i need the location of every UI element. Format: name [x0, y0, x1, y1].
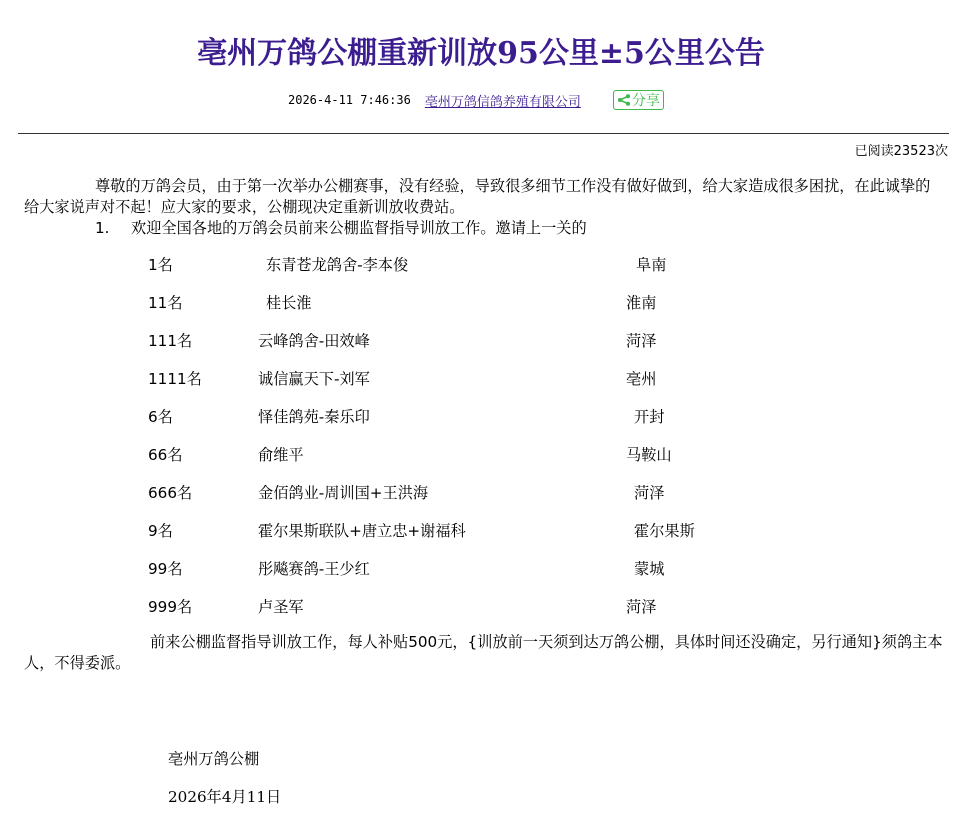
place: 阜南	[636, 254, 666, 275]
loft-name: 东青苍龙鸽舍-李本俊	[266, 254, 408, 275]
loft-name: 俞维平	[258, 444, 304, 465]
publish-date: 2026-4-11 7:46:36	[288, 93, 411, 107]
place: 霍尔果斯	[634, 520, 695, 541]
loft-name: 彤飚赛鸽-王少红	[258, 558, 370, 579]
list-text: 欢迎全国各地的万鸽会员前来公棚监督指导训放工作。邀请上一关的	[131, 219, 587, 237]
rank: 111名	[148, 330, 192, 351]
article-body: 尊敬的万鸽会员，由于第一次举办公棚赛事，没有经验，导致很多细节工作没有做好做到，…	[24, 176, 944, 239]
rank: 1名	[148, 254, 173, 275]
closing-paragraph: 前来公棚监督指导训放工作，每人补贴500元，{训放前一天须到达万鸽公棚，具体时间…	[24, 632, 944, 674]
rank: 1111名	[148, 368, 202, 389]
place: 菏泽	[634, 482, 664, 503]
publisher-link[interactable]: 亳州万鸽信鸽养殖有限公司	[425, 91, 581, 110]
rank: 999名	[148, 596, 192, 617]
place: 菏泽	[626, 596, 656, 617]
loft-name: 怿佳鸽苑-秦乐印	[258, 406, 370, 427]
closing-text: 前来公棚监督指导训放工作，每人补贴500元，{训放前一天须到达万鸽公棚，具体时间…	[24, 632, 944, 674]
list-item-1: 1.欢迎全国各地的万鸽会员前来公棚监督指导训放工作。邀请上一关的	[24, 218, 944, 239]
loft-name: 卢圣军	[258, 596, 304, 617]
rank: 9名	[148, 520, 173, 541]
place: 马鞍山	[626, 444, 672, 465]
intro-paragraph: 尊敬的万鸽会员，由于第一次举办公棚赛事，没有经验，导致很多细节工作没有做好做到，…	[24, 176, 944, 218]
list-number: 1.	[95, 218, 131, 239]
signature-date: 2026年4月11日	[168, 786, 281, 807]
rank: 11名	[148, 292, 183, 313]
loft-name: 云峰鸽舍-田效峰	[258, 330, 370, 351]
loft-name: 霍尔果斯联队+唐立忠+谢福科	[258, 520, 466, 541]
loft-name: 金佰鸽业-周训国+王洪海	[258, 482, 428, 503]
article-title: 亳州万鸽公棚重新训放95公里±5公里公告	[0, 28, 962, 72]
rank: 666名	[148, 482, 192, 503]
rank: 66名	[148, 444, 183, 465]
place: 菏泽	[626, 330, 656, 351]
place: 亳州	[626, 368, 656, 389]
rank: 6名	[148, 406, 173, 427]
loft-name: 诚信赢天下-刘军	[258, 368, 370, 389]
share-icon	[617, 94, 631, 106]
place: 开封	[634, 406, 664, 427]
place: 淮南	[626, 292, 656, 313]
loft-name: 桂长淮	[266, 292, 312, 313]
header-divider	[18, 133, 949, 134]
place: 蒙城	[634, 558, 664, 579]
rank: 99名	[148, 558, 183, 579]
share-label: 分享	[632, 90, 660, 110]
article-meta: 2026-4-11 7:46:36 亳州万鸽信鸽养殖有限公司 分享	[288, 90, 664, 110]
signature-org: 亳州万鸽公棚	[168, 748, 259, 769]
read-count: 已阅读23523次	[855, 140, 948, 159]
share-button[interactable]: 分享	[613, 90, 664, 110]
